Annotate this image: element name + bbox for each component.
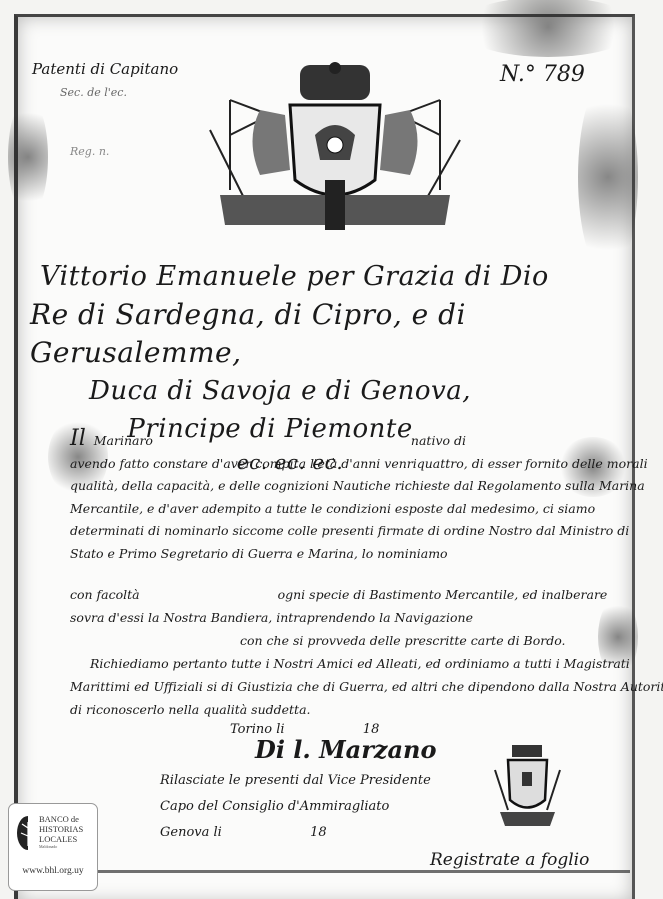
body-line-10: Richiediamo pertanto tutte i Nostri Amic… (70, 652, 630, 675)
issuance-year: 18 (310, 825, 327, 840)
scan-smudge (458, 0, 638, 57)
document-number: N.° 789 (500, 62, 585, 87)
bhl-watermark-logo: BANCO de HISTORIAS LOCALES Maldonado www… (8, 803, 98, 891)
royal-coat-of-arms-icon (190, 60, 480, 235)
body-line-11: Marittimi ed Uffiziali si di Giustizia c… (70, 675, 630, 698)
logo-url: www.bhl.org.uy (9, 866, 97, 876)
faded-note-1: Sec. de l'ec. (60, 86, 127, 99)
tree-icon (17, 816, 39, 850)
body-line-5: determinati di nominarlo siccome colle p… (70, 520, 630, 543)
body-line-3: qualità, della capacità, e delle cognizi… (70, 475, 630, 498)
birthplace-label: nativo di (411, 433, 466, 448)
body-line-1: Il Marinaro nativo di (70, 428, 630, 453)
scan-smudge (8, 97, 48, 217)
logo-text: BANCO de HISTORIAS LOCALES Maldonado (39, 814, 83, 850)
faculty-text: ogni specie di Bastimento Mercantile, ed… (278, 587, 608, 602)
logo-line-3: LOCALES (39, 834, 83, 844)
patent-label: Patenti di Capitano (32, 60, 178, 78)
body-line-2: avendo fatto constare d'aver compita l'e… (70, 453, 630, 476)
body-line-8: sovra d'essi la Nostra Bandiera, intrapr… (70, 606, 630, 629)
logo-line-2: HISTORIAS (39, 824, 83, 834)
rank-label: Marinaro (94, 433, 153, 448)
faded-note-2: Reg. n. (70, 145, 109, 158)
body-line-6: Stato e Primo Segretario di Guerra e Mar… (70, 543, 630, 566)
body-line-7: con facoltà ogni specie di Bastimento Me… (70, 583, 630, 606)
minister-signature: Di l. Marzano (255, 735, 437, 764)
seal-stamp-icon (490, 740, 565, 830)
issuance-line-1: Rilasciate le presenti dal Vice Presiden… (160, 768, 431, 794)
faculty-label: con facoltà (70, 587, 140, 602)
logo-subtitle: Maldonado (39, 844, 83, 850)
opening-initial: Il (70, 426, 86, 451)
issuance-line-3: Genova li 18 (160, 820, 431, 846)
issuance-place: Genova li (160, 825, 222, 840)
title-line-1: Vittorio Emanuele per Grazia di Dio (30, 258, 630, 296)
title-line-3: Duca di Savoja e di Genova, (0, 372, 630, 410)
issuance-line-2: Capo del Consiglio d'Ammiragliato (160, 794, 431, 820)
body-line-4: Mercantile, e d'aver adempito a tutte le… (70, 498, 630, 521)
bottom-rule (90, 870, 630, 873)
issuance-block: Rilasciate le presenti dal Vice Presiden… (160, 768, 431, 846)
logo-line-1: BANCO de (39, 814, 83, 824)
body-line-12: di riconoscerlo nella qualità suddetta. (70, 698, 630, 721)
scan-smudge (578, 77, 638, 277)
registration-note: Registrate a foglio (430, 850, 589, 870)
patent-body: Il Marinaro nativo di avendo fatto const… (70, 428, 630, 565)
body-line-9: con che si provveda delle prescritte car… (70, 629, 630, 652)
title-line-2: Re di Sardegna, di Cipro, e di Gerusalem… (30, 296, 630, 372)
patent-body-continued: con facoltà ogni specie di Bastimento Me… (70, 583, 630, 721)
